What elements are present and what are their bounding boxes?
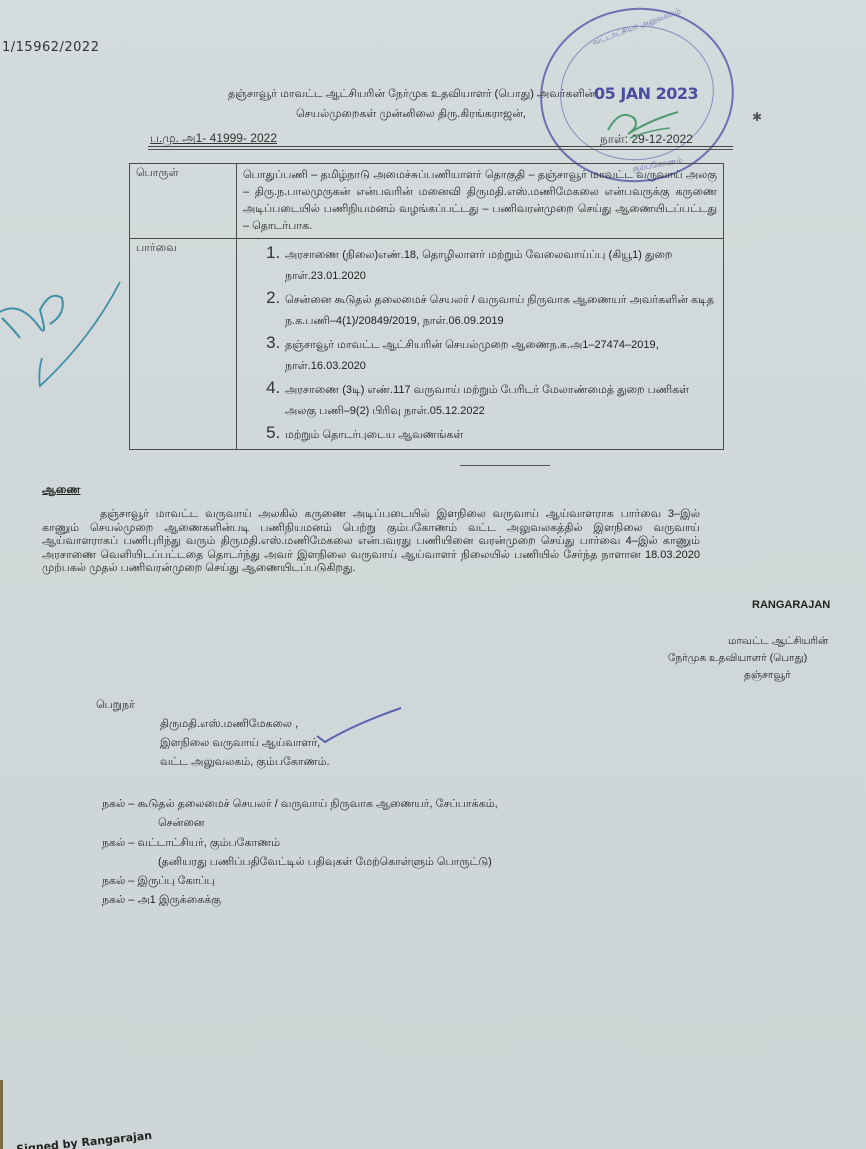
header-line-2: செயல்முறைகள் முன்னிலை திரு.கிரங்கராஜன், [296,108,526,122]
recipient-line: திருமதி.எஸ்.மணிமேகலை , [160,718,298,732]
recipient-label: பெறுநர் [96,699,135,713]
references-cell: அரசாணை (நிலை)எண்.18, தொழிலாளர் மற்றும் வ… [237,239,724,450]
copy-to-line: நகல் – வட்டாட்சியர், கும்பகோணம் [102,837,280,851]
signatory-place: தஞ்சாவூர் [744,669,791,682]
reference-item: சென்னை கூடுதல் தலைமைச் செயலர் / வருவாய் … [285,287,717,332]
signatory-name: RANGARAJAN [752,599,830,611]
order-heading: ஆணை [42,484,80,498]
section-divider [460,465,550,466]
header-line-1: தஞ்சாவூர் மாவட்ட ஆட்சியரின் நேர்முக உதவி… [228,88,595,102]
recipient-line: வட்ட அலுவலகம், கும்பகோணம். [160,756,330,770]
subject-text: பொதுப்பணி – தமிழ்நாடு அமைச்சுப்பணியாளர் … [237,164,724,239]
subject-row: பொருள் பொதுப்பணி – தமிழ்நாடு அமைச்சுப்பண… [130,164,724,239]
stamp-received-date: 05 JAN 2023 [594,84,698,103]
digital-signature-note: Signed by Rangarajan [16,1129,153,1149]
references-list: அரசாணை (நிலை)எண்.18, தொழிலாளர் மற்றும் வ… [243,242,717,446]
copy-to-line: நகல் – கூடுதல் தலைமைச் செயலர் / வருவாய் … [102,798,498,812]
checkmark-icon [315,706,405,746]
copy-to-subline: (தனியரது பணிப்பதிவேட்டில் பதிவுகள் மேற்க… [158,856,492,870]
copy-to-subline: சென்னை [158,817,204,831]
header-rule-2 [148,149,733,150]
recipient-line: இளநிலை வருவாய் ஆய்வாளர், [160,737,320,751]
file-reference: 1/15962/2022 [2,40,99,55]
reference-item: மற்றும் தொடர்புடைய ஆவணங்கள் [285,422,717,446]
reference-number: ப.மு. அ1- 41999- 2022 [150,131,277,147]
margin-signature-icon [0,280,140,400]
copy-to-line: நகல் – இருப்பு கோப்பு [102,875,215,889]
signatory-designation-1: மாவட்ட ஆட்சியரின் [728,635,828,648]
page-edge-shadow [0,1080,3,1149]
reference-item: அரசாணை (நிலை)எண்.18, தொழிலாளர் மற்றும் வ… [285,242,717,287]
reference-item: தஞ்சாவூர் மாவட்ட ஆட்சியரின் செயல்முறை ஆண… [285,332,717,377]
header-rule [148,146,733,147]
subject-label: பொருள் [130,164,237,239]
star-icon: ✱ [752,110,762,124]
order-body: தஞ்சாவூர் மாவட்ட வருவாய் அலகில் கருணை அட… [42,508,700,576]
signatory-designation-2: நேர்முக உதவியாளர் (பொது) [668,652,807,665]
references-row: பார்வை அரசாணை (நிலை)எண்.18, தொழிலாளர் மற… [130,239,724,450]
reference-item: அரசாணை (3டி) எண்.117 வருவாய் மற்றும் பேர… [285,377,717,422]
references-label: பார்வை [130,239,237,450]
subject-reference-table: பொருள் பொதுப்பணி – தமிழ்நாடு அமைச்சுப்பண… [129,163,724,450]
copy-to-line: நகல் – அ1 இருக்கைக்கு [102,894,221,908]
